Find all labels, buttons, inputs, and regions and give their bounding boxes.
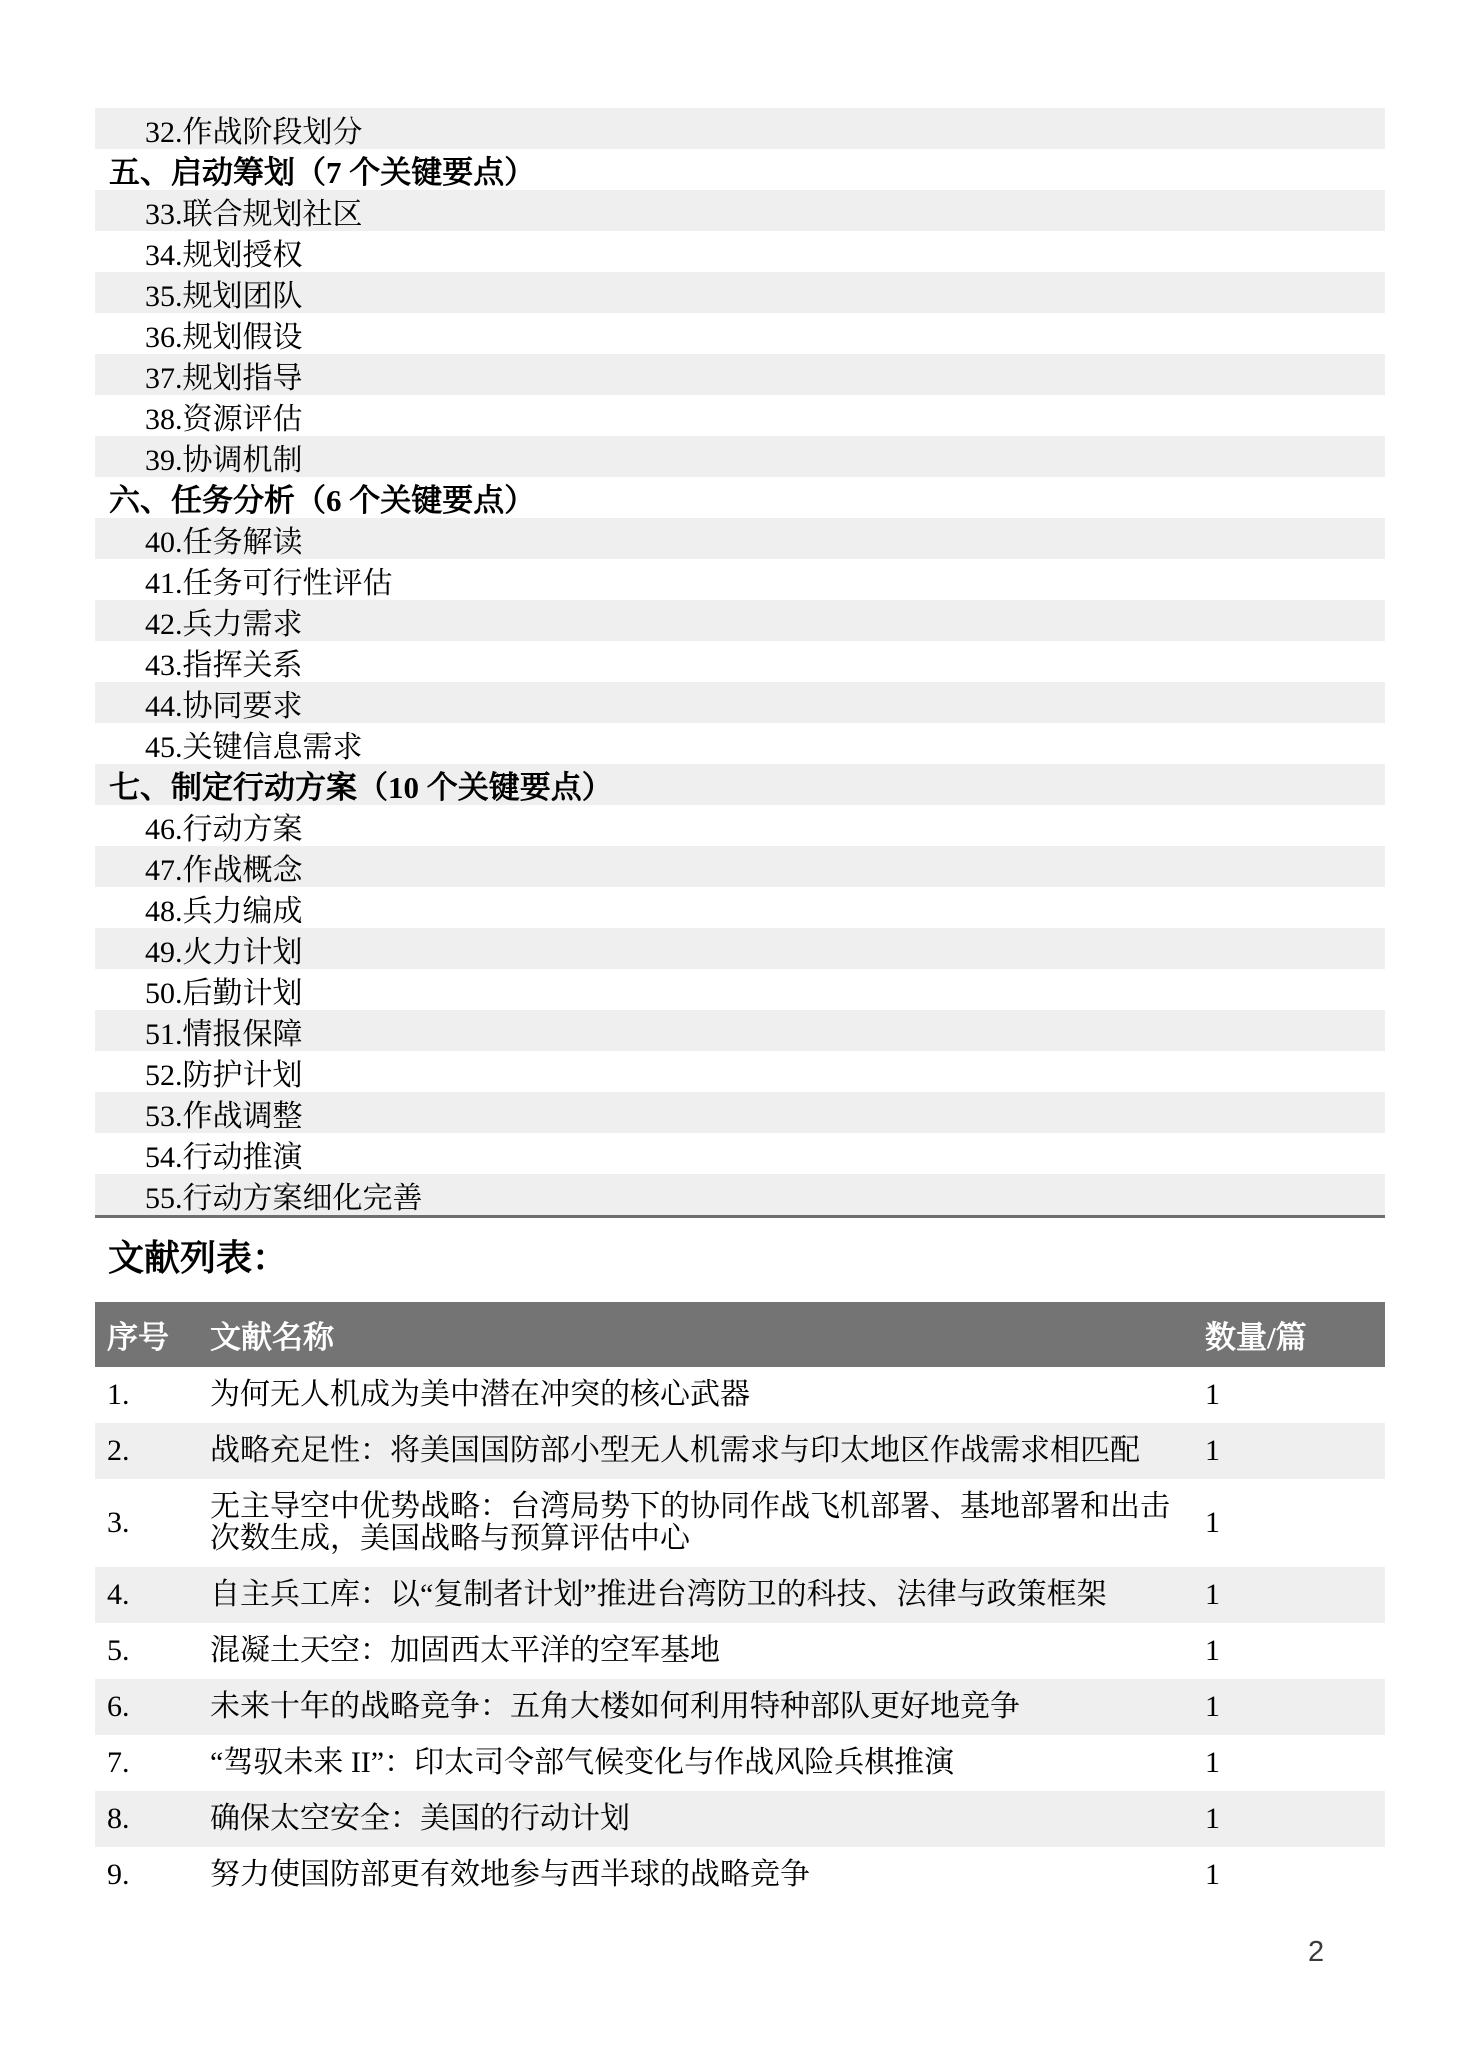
document-name: 无主导空中优势战略：台湾局势下的协同作战飞机部署、基地部署和出击次数生成，美国战… [207,1479,1197,1567]
outline-item: 39.协调机制 [95,436,1385,477]
document-name: 自主兵工库：以“复制者计划”推进台湾防卫的科技、法律与政策框架 [207,1567,1197,1623]
document-name: 混凝土天空：加固西太平洋的空军基地 [207,1623,1197,1679]
outline-item: 32.作战阶段划分 [95,108,1385,149]
outline-item: 45.关键信息需求 [95,723,1385,764]
outline-item: 41.任务可行性评估 [95,559,1385,600]
header-cell-no: 序号 [95,1302,207,1367]
outline-item: 52.防护计划 [95,1051,1385,1092]
row-number: 3. [95,1479,207,1567]
table-header-row: 序号 文献名称 数量/篇 [95,1302,1385,1367]
page-number: 2 [1308,1936,1324,1969]
row-number: 4. [95,1567,207,1623]
document-name: 战略充足性：将美国国防部小型无人机需求与印太地区作战需求相匹配 [207,1423,1197,1479]
row-number: 5. [95,1623,207,1679]
header-cell-qty: 数量/篇 [1197,1302,1385,1367]
outline-item: 33.联合规划社区 [95,190,1385,231]
outline-section-heading: 六、任务分析（6 个关键要点） [95,477,1385,518]
table-row: 3. 无主导空中优势战略：台湾局势下的协同作战飞机部署、基地部署和出击次数生成，… [95,1479,1385,1567]
document-qty: 1 [1197,1479,1385,1567]
outline-item: 53.作战调整 [95,1092,1385,1133]
outline-item: 55.行动方案细化完善 [95,1174,1385,1215]
outline-item: 38.资源评估 [95,395,1385,436]
table-row: 6. 未来十年的战略竞争：五角大楼如何利用特种部队更好地竞争 1 [95,1679,1385,1735]
row-number: 1. [95,1367,207,1423]
outline-item: 40.任务解读 [95,518,1385,559]
outline-item: 34.规划授权 [95,231,1385,272]
outline-item: 37.规划指导 [95,354,1385,395]
outline-item: 35.规划团队 [95,272,1385,313]
outline-item: 43.指挥关系 [95,641,1385,682]
row-number: 6. [95,1679,207,1735]
outline-item: 47.作战概念 [95,846,1385,887]
document-name: 努力使国防部更有效地参与西半球的战略竞争 [207,1847,1197,1903]
table-row: 8. 确保太空安全：美国的行动计划 1 [95,1791,1385,1847]
outline-item: 42.兵力需求 [95,600,1385,641]
outline-item: 48.兵力编成 [95,887,1385,928]
document-qty: 1 [1197,1679,1385,1735]
outline-section-heading: 七、制定行动方案（10 个关键要点） [95,764,1385,805]
outline-item: 46.行动方案 [95,805,1385,846]
header-cell-name: 文献名称 [207,1302,1197,1367]
document-qty: 1 [1197,1423,1385,1479]
document-qty: 1 [1197,1847,1385,1903]
table-row: 1. 为何无人机成为美中潜在冲突的核心武器 1 [95,1367,1385,1423]
document-qty: 1 [1197,1735,1385,1791]
row-number: 9. [95,1847,207,1903]
outline-item: 49.火力计划 [95,928,1385,969]
row-number: 7. [95,1735,207,1791]
document-name: “驾驭未来 II”：印太司令部气候变化与作战风险兵棋推演 [207,1735,1197,1791]
document-qty: 1 [1197,1623,1385,1679]
table-row: 7. “驾驭未来 II”：印太司令部气候变化与作战风险兵棋推演 1 [95,1735,1385,1791]
outline-section-heading: 五、启动筹划（7 个关键要点） [95,149,1385,190]
literature-table-header: 序号 文献名称 数量/篇 [95,1302,1385,1367]
outline-item: 50.后勤计划 [95,969,1385,1010]
outline-item: 51.情报保障 [95,1010,1385,1051]
row-number: 2. [95,1423,207,1479]
outline-list: 32.作战阶段划分 五、启动筹划（7 个关键要点） 33.联合规划社区 34.规… [95,108,1385,1218]
row-number: 8. [95,1791,207,1847]
literature-list-title: 文献列表： [108,1236,1385,1280]
outline-item: 54.行动推演 [95,1133,1385,1174]
literature-table: 序号 文献名称 数量/篇 1. 为何无人机成为美中潜在冲突的核心武器 1 2. … [95,1302,1385,1903]
document-name: 未来十年的战略竞争：五角大楼如何利用特种部队更好地竞争 [207,1679,1197,1735]
table-row: 2. 战略充足性：将美国国防部小型无人机需求与印太地区作战需求相匹配 1 [95,1423,1385,1479]
table-row: 9. 努力使国防部更有效地参与西半球的战略竞争 1 [95,1847,1385,1903]
outline-item: 44.协同要求 [95,682,1385,723]
document-content: 32.作战阶段划分 五、启动筹划（7 个关键要点） 33.联合规划社区 34.规… [95,108,1385,1903]
table-row: 5. 混凝土天空：加固西太平洋的空军基地 1 [95,1623,1385,1679]
document-qty: 1 [1197,1567,1385,1623]
document-qty: 1 [1197,1791,1385,1847]
document-name: 为何无人机成为美中潜在冲突的核心武器 [207,1367,1197,1423]
outline-item: 36.规划假设 [95,313,1385,354]
document-name: 确保太空安全：美国的行动计划 [207,1791,1197,1847]
document-qty: 1 [1197,1367,1385,1423]
table-row: 4. 自主兵工库：以“复制者计划”推进台湾防卫的科技、法律与政策框架 1 [95,1567,1385,1623]
